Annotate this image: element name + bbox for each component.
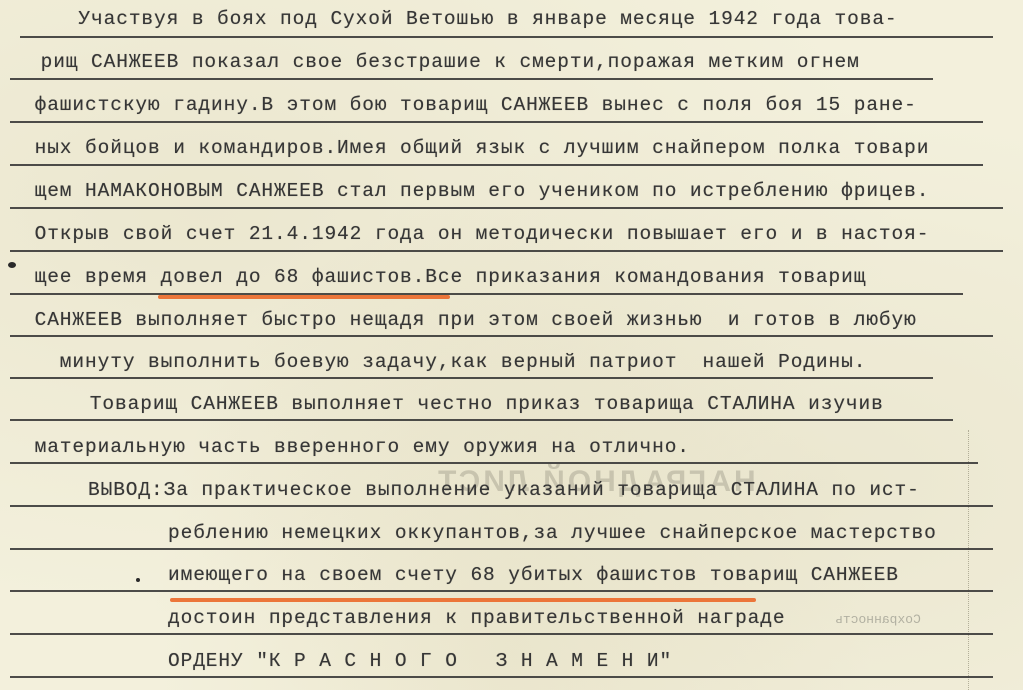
text-line: материальную часть вверенного ему оружия… xyxy=(22,436,690,458)
ruled-line xyxy=(10,590,993,592)
ruled-line xyxy=(10,462,978,464)
text-line: Товарищ САНЖЕЕВ выполняет честно приказ … xyxy=(52,393,884,415)
ruled-line xyxy=(10,505,993,507)
text-line: рищ САНЖЕЕВ показал свое безстрашие к см… xyxy=(28,51,860,73)
ruled-line xyxy=(10,548,993,550)
highlight-underline xyxy=(158,295,450,299)
ruled-line xyxy=(10,207,1003,209)
conclusion-line: имеющего на своем счету 68 убитых фашист… xyxy=(168,564,899,586)
conclusion-line: ОРДЕНУ "К Р А С Н О Г О З Н А М Е Н И" xyxy=(168,650,672,672)
ruled-line xyxy=(10,377,933,379)
highlight-underline xyxy=(170,598,756,602)
text-line: щем НАМАКОНОВЫМ САНЖЕЕВ стал первым его … xyxy=(22,180,929,202)
ruled-line xyxy=(20,36,993,38)
text-line: фашистскую гадину.В этом бою товарищ САН… xyxy=(22,94,917,116)
ruled-line xyxy=(10,250,1003,252)
ruled-line xyxy=(10,164,983,166)
fold-line xyxy=(968,430,970,690)
ruled-line xyxy=(10,78,933,80)
ruled-line xyxy=(10,121,983,123)
conclusion-line: достоин представления к правительственно… xyxy=(168,607,786,629)
ruled-line xyxy=(10,633,993,635)
ink-dot xyxy=(136,578,140,582)
ink-blot xyxy=(8,262,16,268)
ruled-line xyxy=(10,676,993,678)
text-line: Открыв свой счет 21.4.1942 года он метод… xyxy=(22,223,929,245)
text-line: ных бойцов и командиров.Имея общий язык … xyxy=(22,137,929,159)
bleedthrough-small-text: Сохранность xyxy=(835,612,921,627)
text-line: щее время довел до 68 фашистов.Все прика… xyxy=(22,266,866,288)
ruled-line xyxy=(10,419,953,421)
conclusion-line: ВЫВОД:За практическое выполнение указани… xyxy=(88,479,920,501)
conclusion-line: реблению немецких оккупантов,за лучшее с… xyxy=(168,522,937,544)
text-line: Участвуя в боях под Сухой Ветошью в янва… xyxy=(28,8,898,30)
ruled-line xyxy=(10,335,993,337)
text-line: САНЖЕЕВ выполняет быстро нещадя при этом… xyxy=(22,309,917,331)
ruled-line xyxy=(10,293,963,295)
text-line: минуту выполнить боевую задачу,как верны… xyxy=(22,351,866,373)
document-page: НАГРАДНОЙ ЛИСТ Сохранность Участвуя в бо… xyxy=(0,0,1023,690)
